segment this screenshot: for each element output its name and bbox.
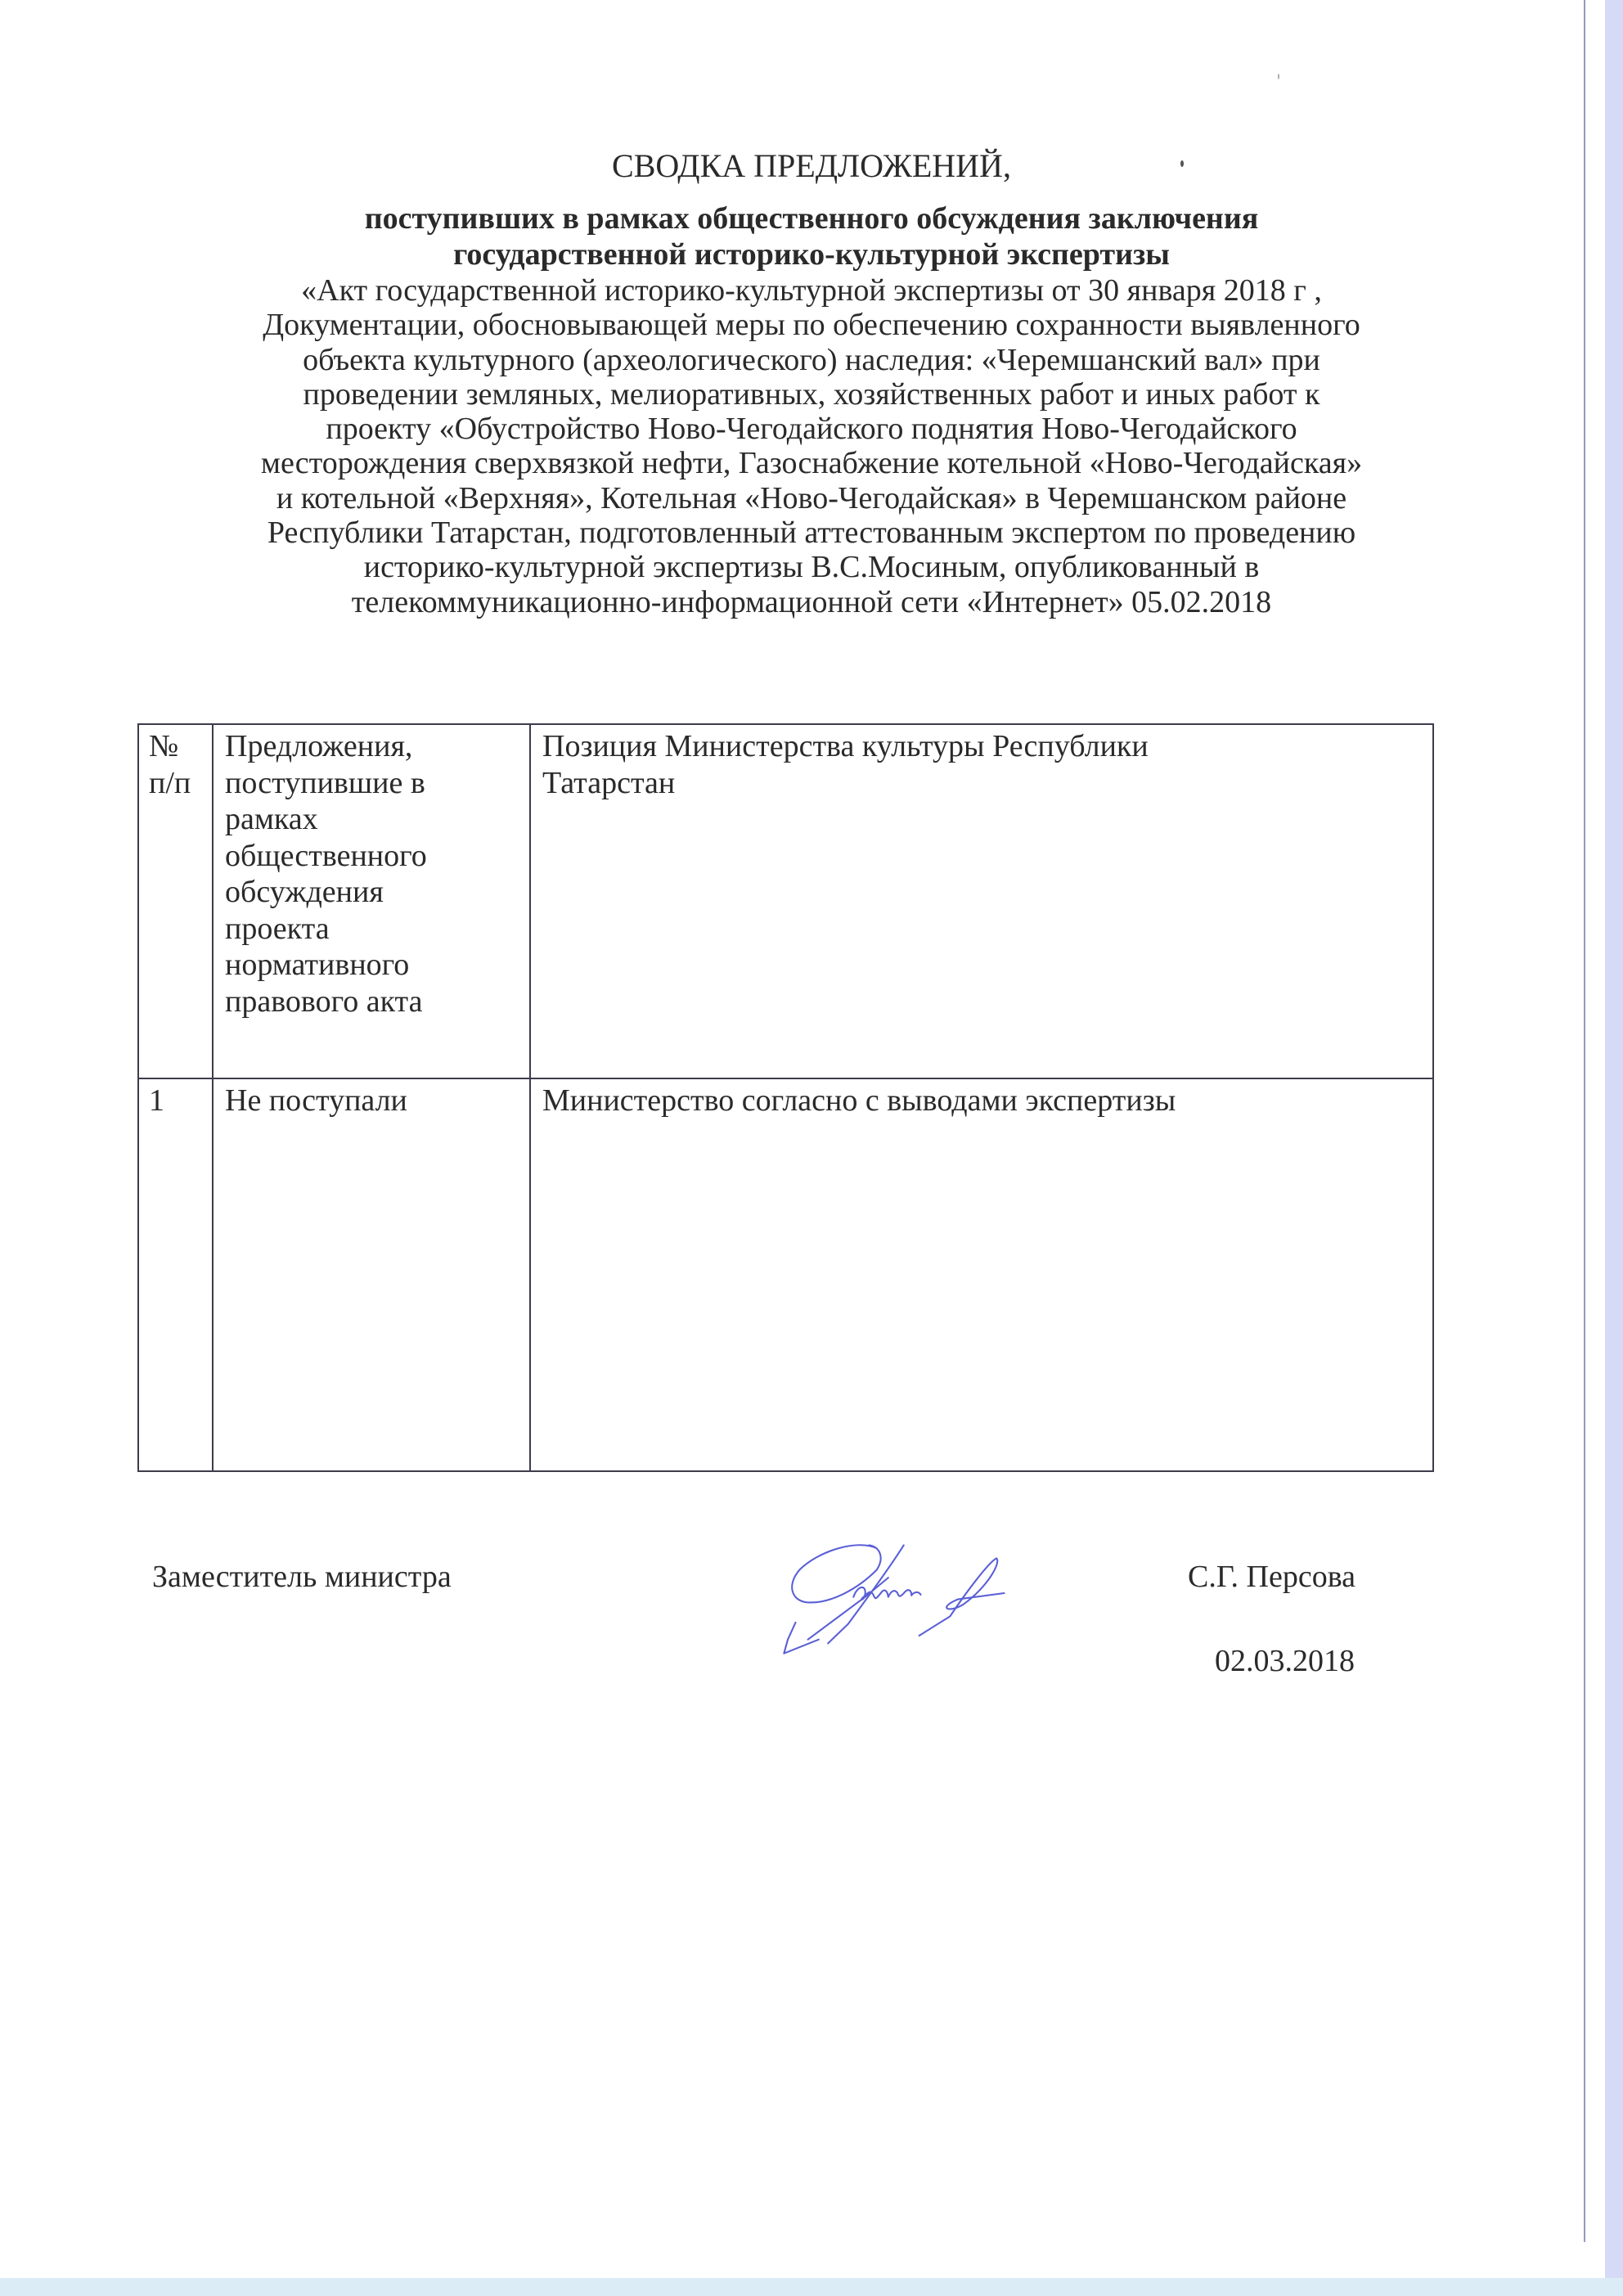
header-line: Предложения, (225, 728, 518, 765)
cell-number: 1 (138, 1078, 213, 1471)
header-line: правового акта (225, 984, 518, 1020)
cell-proposal: Не поступали (213, 1078, 530, 1471)
header-line: рамках (225, 801, 518, 838)
description-line: и котельной «Верхняя», Котельная «Ново-Ч… (0, 481, 1623, 515)
header-line: Позиция Министерства культуры Республики (542, 728, 1421, 765)
header-ministry-position: Позиция Министерства культуры Республики… (530, 724, 1433, 1078)
description-line: телекоммуникационно-информационной сети … (0, 585, 1623, 619)
document-subtitle: поступивших в рамках общественного обсуж… (0, 200, 1623, 272)
header-line: обсуждения (225, 874, 518, 911)
description-line: Республики Татарстан, подготовленный атт… (0, 515, 1623, 550)
header-line: общественного (225, 838, 518, 875)
table-row: 1 Не поступали Министерство согласно с в… (138, 1078, 1433, 1471)
signature-date: 02.03.2018 (1215, 1643, 1355, 1679)
subtitle-line: государственной историко-культурной эксп… (0, 236, 1623, 272)
header-number: № п/п (138, 724, 213, 1078)
document-title: СВОДКА ПРЕДЛОЖЕНИЙ, (0, 147, 1623, 185)
header-proposals: Предложения, поступившие в рамках общест… (213, 724, 530, 1078)
header-line: п/п (149, 765, 205, 802)
scan-speck (1278, 74, 1279, 79)
header-line: Татарстан (542, 765, 1421, 802)
header-line: № (149, 728, 205, 765)
description-line: объекта культурного (археологического) н… (0, 343, 1623, 377)
description-line: проекту «Обустройство Ново-Чегодайского … (0, 412, 1623, 446)
description-line: месторождения сверхвязкой нефти, Газосна… (0, 446, 1623, 480)
description-line: проведении земляных, мелиоративных, хозя… (0, 377, 1623, 412)
cell-position: Министерство согласно с выводами эксперт… (530, 1078, 1433, 1471)
description-line: Документации, обосновывающей меры по обе… (0, 308, 1623, 342)
description-line: историко-культурной экспертизы В.С.Мосин… (0, 550, 1623, 584)
signatory-position: Заместитель министра (152, 1559, 452, 1595)
scan-edge-bottom (0, 2278, 1623, 2296)
table-header-row: № п/п Предложения, поступившие в рамках … (138, 724, 1433, 1078)
header-line: поступившие в (225, 765, 518, 802)
subtitle-line: поступивших в рамках общественного обсуж… (0, 200, 1623, 236)
description-line: «Акт государственной историко-культурной… (0, 273, 1623, 308)
document-description: «Акт государственной историко-культурной… (0, 273, 1623, 619)
header-line: проекта (225, 911, 518, 948)
proposals-table: № п/п Предложения, поступившие в рамках … (137, 723, 1434, 1472)
handwritten-signature (769, 1524, 1031, 1663)
signatory-name: С.Г. Персова (1188, 1559, 1355, 1595)
header-line: нормативного (225, 947, 518, 984)
